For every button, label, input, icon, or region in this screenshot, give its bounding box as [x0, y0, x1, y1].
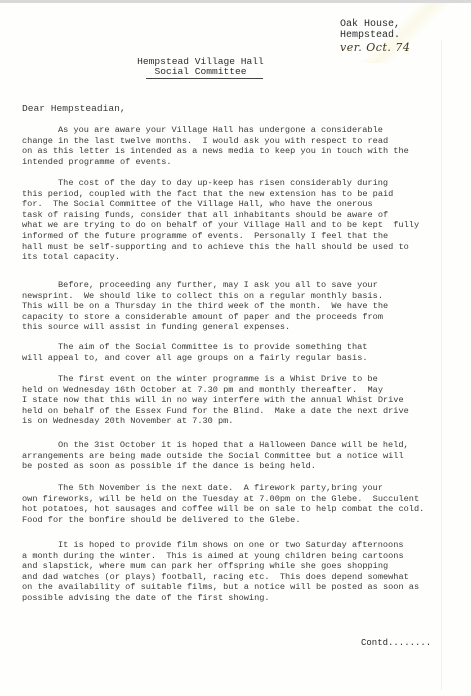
body-paragraph: The aim of the Social Committee is to pr…	[22, 342, 422, 363]
paper-fold-line	[441, 40, 442, 690]
paragraph-line: and slapstick, where mum can park her of…	[22, 561, 422, 572]
paragraph-line: a month during the winter. This is aimed…	[22, 551, 422, 562]
paragraph-line: As you are aware your Village Hall has u…	[22, 125, 422, 136]
sender-address: Oak House, Hempstead.	[340, 19, 400, 41]
paragraph-line: this source will assist in funding gener…	[22, 322, 422, 333]
body-paragraph: The cost of the day to day up-keep has r…	[22, 178, 422, 263]
paragraph-line: be posted as soon as possible if the dan…	[22, 461, 422, 472]
handwritten-date-note: ver. Oct. 74	[340, 41, 410, 54]
paragraph-line: own fireworks, will be held on the Tuesd…	[22, 494, 422, 505]
paragraph-line: is on Wednesday 20th November at 7.30 pm…	[22, 416, 422, 427]
paragraph-line: its total capacity.	[22, 252, 422, 263]
heading-underline	[146, 78, 263, 79]
paragraph-line: arrangements are being made outside the …	[22, 451, 422, 462]
paragraph-line: for. The Social Committee of the Village…	[22, 199, 422, 210]
paragraph-line: hall must be self-supporting and to achi…	[22, 242, 422, 253]
paragraph-line: change in the last twelve months. I woul…	[22, 136, 422, 147]
continuation-marker: Contd........	[361, 638, 431, 648]
address-line-2: Hempstead.	[340, 30, 400, 41]
paragraph-line: task of raising funds, consider that all…	[22, 210, 422, 221]
paragraph-line: on the availability of suitable films, b…	[22, 582, 422, 593]
paragraph-line: Food for the bonfire should be delivered…	[22, 515, 422, 526]
paragraph-line: newsprint. We should like to collect thi…	[22, 291, 422, 302]
paragraph-line: informed of the future programme of even…	[22, 231, 422, 242]
paragraph-line: It is hoped to provide film shows on one…	[22, 540, 422, 551]
address-line-1: Oak House,	[340, 19, 400, 30]
paragraph-line: held on behalf of the Essex Fund for the…	[22, 406, 422, 417]
paragraph-line: capacity to store a considerable amount …	[22, 312, 422, 323]
body-paragraph: On the 31st October it is hoped that a H…	[22, 440, 422, 472]
paragraph-line: on as this letter is intended as a news …	[22, 146, 422, 157]
paragraph-line: On the 31st October it is hoped that a H…	[22, 440, 422, 451]
body-paragraph: The first event on the winter programme …	[22, 374, 422, 427]
paragraph-line: The 5th November is the next date. A fir…	[22, 483, 422, 494]
body-paragraph: The 5th November is the next date. A fir…	[22, 483, 422, 525]
paragraph-line: The first event on the winter programme …	[22, 374, 422, 385]
paragraph-line: possible advising the date of the first …	[22, 593, 422, 604]
paragraph-line: This will be on a Thursday in the third …	[22, 301, 422, 312]
paragraph-line: hot potatoes, hot sausages and coffee wi…	[22, 504, 422, 515]
paragraph-line: The aim of the Social Committee is to pr…	[22, 342, 422, 353]
paragraph-line: Before, proceeding any further, may I as…	[22, 280, 422, 291]
letter-heading-committee: Social Committee	[0, 66, 436, 77]
body-paragraph: It is hoped to provide film shows on one…	[22, 540, 422, 604]
paragraph-line: intended programme of events.	[22, 157, 422, 168]
body-paragraph: As you are aware your Village Hall has u…	[22, 125, 422, 167]
paragraph-line: I state now that this will in no way int…	[22, 395, 422, 406]
paragraph-line: held on Wednesday 16th October at 7.30 p…	[22, 385, 422, 396]
paragraph-line: this period, coupled with the fact that …	[22, 189, 422, 200]
paragraph-line: and dad watches (or plays) football, rac…	[22, 572, 422, 583]
paragraph-line: what we are trying to do on behalf of yo…	[22, 220, 422, 231]
paragraph-line: will appeal to, and cover all age groups…	[22, 353, 422, 364]
salutation: Dear Hempsteadian,	[22, 103, 126, 114]
paragraph-line: The cost of the day to day up-keep has r…	[22, 178, 422, 189]
body-paragraph: Before, proceeding any further, may I as…	[22, 280, 422, 333]
